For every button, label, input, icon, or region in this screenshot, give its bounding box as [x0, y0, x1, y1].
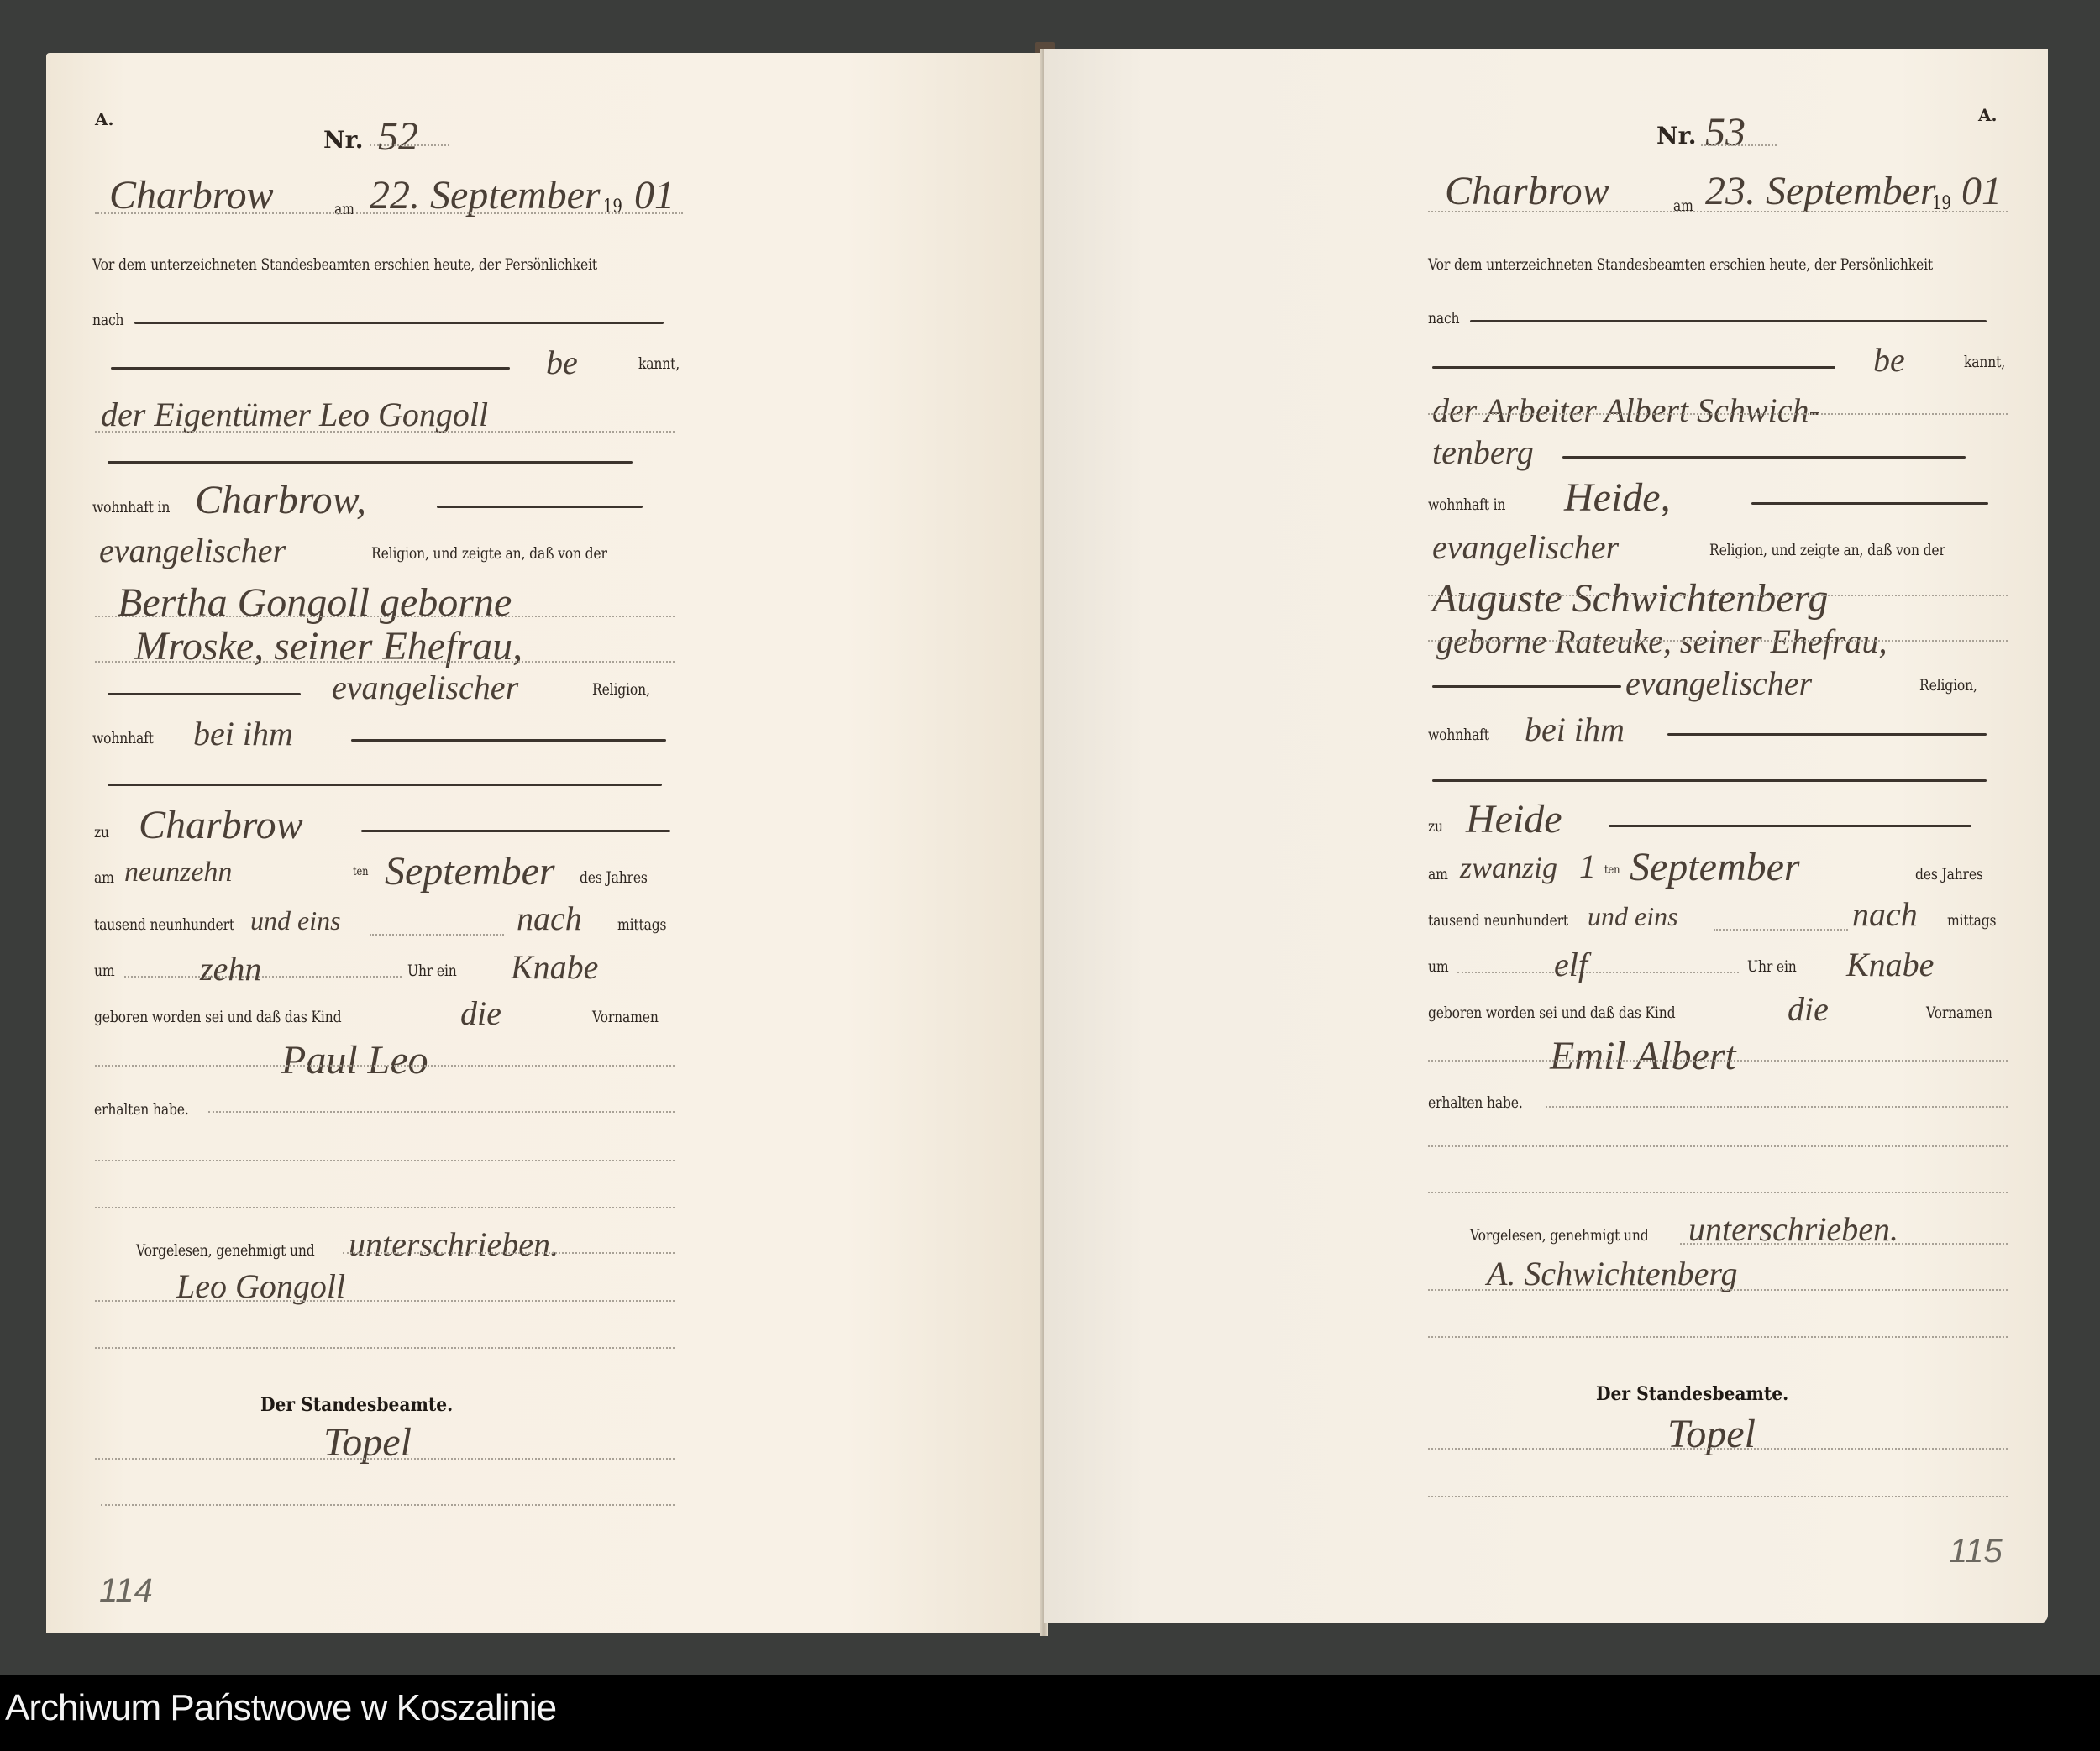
dotted-line [1428, 1060, 2008, 1062]
child-sex: Knabe [1846, 945, 1934, 984]
dotted-line [95, 1458, 675, 1460]
mother-residence: bei ihm [1525, 710, 1625, 749]
article: die [1788, 989, 1829, 1029]
folio-number: 114 [99, 1572, 153, 1610]
um-label: um [1428, 957, 1448, 976]
dotted-line [1680, 1243, 2008, 1245]
vornamen-label: Vornamen [592, 1008, 659, 1026]
wohnhaft-in-label: wohnhaft in [1428, 495, 1505, 514]
dotted-line [1428, 640, 2008, 642]
mittags-prefix: nach [517, 899, 582, 938]
strike-rule [361, 830, 670, 832]
dotted-line [95, 1065, 675, 1067]
folio-number: 115 [1949, 1533, 2003, 1570]
dotted-line [1428, 1336, 2008, 1338]
dotted-line [101, 1504, 675, 1506]
informant: der Eigentümer Leo Gongoll [101, 395, 488, 434]
strike-rule [1432, 366, 1835, 369]
dotted-line [95, 616, 675, 617]
strike-rule [1432, 685, 1621, 688]
mother-line1: Auguste Schwichtenberg [1432, 575, 1828, 621]
dotted-line [1428, 1496, 2008, 1497]
record-number-label: Nr. [1656, 122, 1697, 149]
birth-day-number: 1 [1579, 847, 1596, 886]
dotted-line [208, 1111, 675, 1113]
residence: Heide, [1564, 474, 1671, 521]
informant-line1: der Arbeiter Albert Schwich- [1432, 391, 1820, 430]
vorgelesen-label: Vorgelesen, genehmigt und [136, 1241, 315, 1260]
date: 22. September [370, 172, 601, 218]
strike-rule [1667, 733, 1987, 736]
dotted-line [95, 431, 675, 433]
birth-day-words: zwanzig [1460, 850, 1557, 885]
strike-rule [1470, 320, 1987, 322]
kannt-label: kannt, [1964, 353, 2005, 371]
dotted-line [343, 1252, 675, 1254]
section-letter: A. [1978, 105, 1997, 125]
dotted-line [1428, 1448, 2008, 1450]
dotted-line [1428, 1192, 2008, 1193]
strike-rule [108, 784, 662, 786]
ten-label: ten [1604, 863, 1620, 877]
dotted-line [1546, 1106, 2008, 1108]
date: 23. September [1705, 168, 1936, 214]
dotted-line [95, 1300, 675, 1302]
wohnhaft-label: wohnhaft [1428, 726, 1489, 744]
tausend-label: tausend neunhundert [1428, 911, 1568, 930]
strike-rule [351, 739, 666, 742]
vornamen-label: Vornamen [1926, 1004, 1992, 1022]
religion-label: Religion, [1919, 676, 1977, 695]
zu-label: zu [94, 823, 109, 841]
hour-words: elf [1554, 945, 1588, 984]
dotted-line [1701, 144, 1777, 146]
dotted-line [1714, 929, 1848, 931]
strike-rule [134, 322, 664, 324]
hour-words: zehn [200, 949, 261, 988]
dotted-line [1428, 595, 2008, 596]
strike-rule [1751, 502, 1988, 505]
birth-place: Charbrow [139, 802, 303, 848]
dotted-line [95, 661, 675, 663]
residence: Charbrow, [195, 477, 366, 523]
birth-month: September [1630, 844, 1800, 890]
strike-rule [1609, 825, 1971, 827]
mother-residence: bei ihm [193, 714, 293, 753]
dotted-line [1428, 1289, 2008, 1291]
vorgelesen-label: Vorgelesen, genehmigt und [1470, 1226, 1649, 1245]
religion-zeigte-label: Religion, und zeigte an, daß von der [371, 544, 607, 563]
place: Charbrow [1445, 168, 1609, 214]
tausend-label: tausend neunhundert [94, 915, 234, 934]
mother-religion: evangelischer [332, 668, 518, 707]
mittags-prefix: nach [1852, 894, 1918, 934]
uhr-ein-label: Uhr ein [407, 962, 457, 980]
strike-rule [1432, 779, 1987, 782]
record-number: 53 [1705, 109, 1746, 155]
registrar-signature: Topel [1667, 1411, 1756, 1457]
strike-rule [108, 461, 633, 464]
place: Charbrow [109, 172, 274, 218]
year-prefix: 19 [603, 197, 622, 218]
signed-word: unterschrieben. [349, 1224, 559, 1264]
geboren-label: geboren worden sei und daß das Kind [94, 1008, 341, 1026]
record-number: 52 [378, 113, 418, 160]
registrar-title: Der Standesbeamte. [260, 1394, 453, 1416]
archive-caption-bar: Archiwum Państwowe w Koszalinie [0, 1675, 2100, 1751]
wohnhaft-in-label: wohnhaft in [92, 498, 170, 516]
geboren-label: geboren worden sei und daß das Kind [1428, 1004, 1675, 1022]
strike-rule [108, 693, 301, 695]
bekannt-handwritten: be [1873, 340, 1905, 380]
dotted-line [95, 1160, 675, 1161]
dotted-line [1428, 211, 2008, 212]
mittags-label: mittags [617, 915, 666, 934]
dotted-line [124, 976, 402, 978]
dotted-line [1428, 413, 2008, 415]
section-letter: A. [95, 109, 113, 129]
strike-rule [1562, 456, 1966, 459]
birth-day-words: neunzehn [124, 857, 232, 889]
dotted-line [1428, 1145, 2008, 1147]
des-jahres-label: des Jahres [580, 868, 648, 887]
dotted-line [1457, 972, 1739, 973]
erhalten-label: erhalten habe. [1428, 1093, 1523, 1112]
given-names: Emil Albert [1550, 1033, 1736, 1079]
mother-line1: Bertha Gongoll geborne [118, 579, 512, 626]
am-label: am [334, 200, 354, 218]
given-names: Paul Leo [281, 1037, 428, 1083]
am-label: am [1428, 865, 1448, 883]
religion-label: Religion, [592, 680, 650, 699]
birth-place: Heide [1466, 796, 1562, 842]
uhr-ein-label: Uhr ein [1747, 957, 1797, 976]
strike-rule [437, 506, 643, 508]
des-jahres-label: des Jahres [1915, 865, 1983, 883]
archive-caption: Archiwum Państwowe w Koszalinie [5, 1687, 556, 1729]
dotted-line [95, 1207, 675, 1208]
am-label: am [94, 868, 114, 887]
erhalten-label: erhalten habe. [94, 1100, 189, 1119]
year-suffix: 01 [1961, 168, 2002, 214]
birth-month: September [385, 848, 555, 894]
nach-label: nach [1428, 309, 1459, 328]
zu-label: zu [1428, 817, 1443, 836]
dotted-line [370, 934, 504, 936]
bekannt-handwritten: be [546, 343, 578, 382]
dotted-line [370, 144, 449, 146]
record-number-label: Nr. [323, 126, 364, 154]
strike-rule [111, 367, 510, 370]
mittags-label: mittags [1947, 911, 1996, 930]
year-suffix: 01 [634, 172, 675, 218]
article: die [460, 993, 501, 1033]
kannt-label: kannt, [638, 354, 680, 373]
ten-label: ten [353, 865, 368, 878]
um-label: um [94, 962, 114, 980]
religion: evangelischer [99, 531, 286, 570]
dotted-line [95, 1347, 675, 1349]
dotted-line [95, 212, 683, 214]
signatory: A. Schwichtenberg [1487, 1254, 1737, 1293]
intro-text: Vor dem unterzeichneten Standesbeamten e… [92, 255, 597, 274]
birth-year-words: und eins [1588, 901, 1678, 932]
religion: evangelischer [1432, 527, 1619, 567]
mother-religion: evangelischer [1625, 663, 1812, 703]
informant-line2: tenberg [1432, 433, 1534, 472]
wohnhaft-label: wohnhaft [92, 729, 154, 747]
registrar-title: Der Standesbeamte. [1596, 1383, 1788, 1405]
religion-zeigte-label: Religion, und zeigte an, daß von der [1709, 541, 1945, 559]
intro-text: Vor dem unterzeichneten Standesbeamten e… [1428, 255, 1933, 274]
birth-year-words: und eins [250, 905, 341, 936]
child-sex: Knabe [511, 947, 598, 987]
nach-label: nach [92, 311, 123, 329]
